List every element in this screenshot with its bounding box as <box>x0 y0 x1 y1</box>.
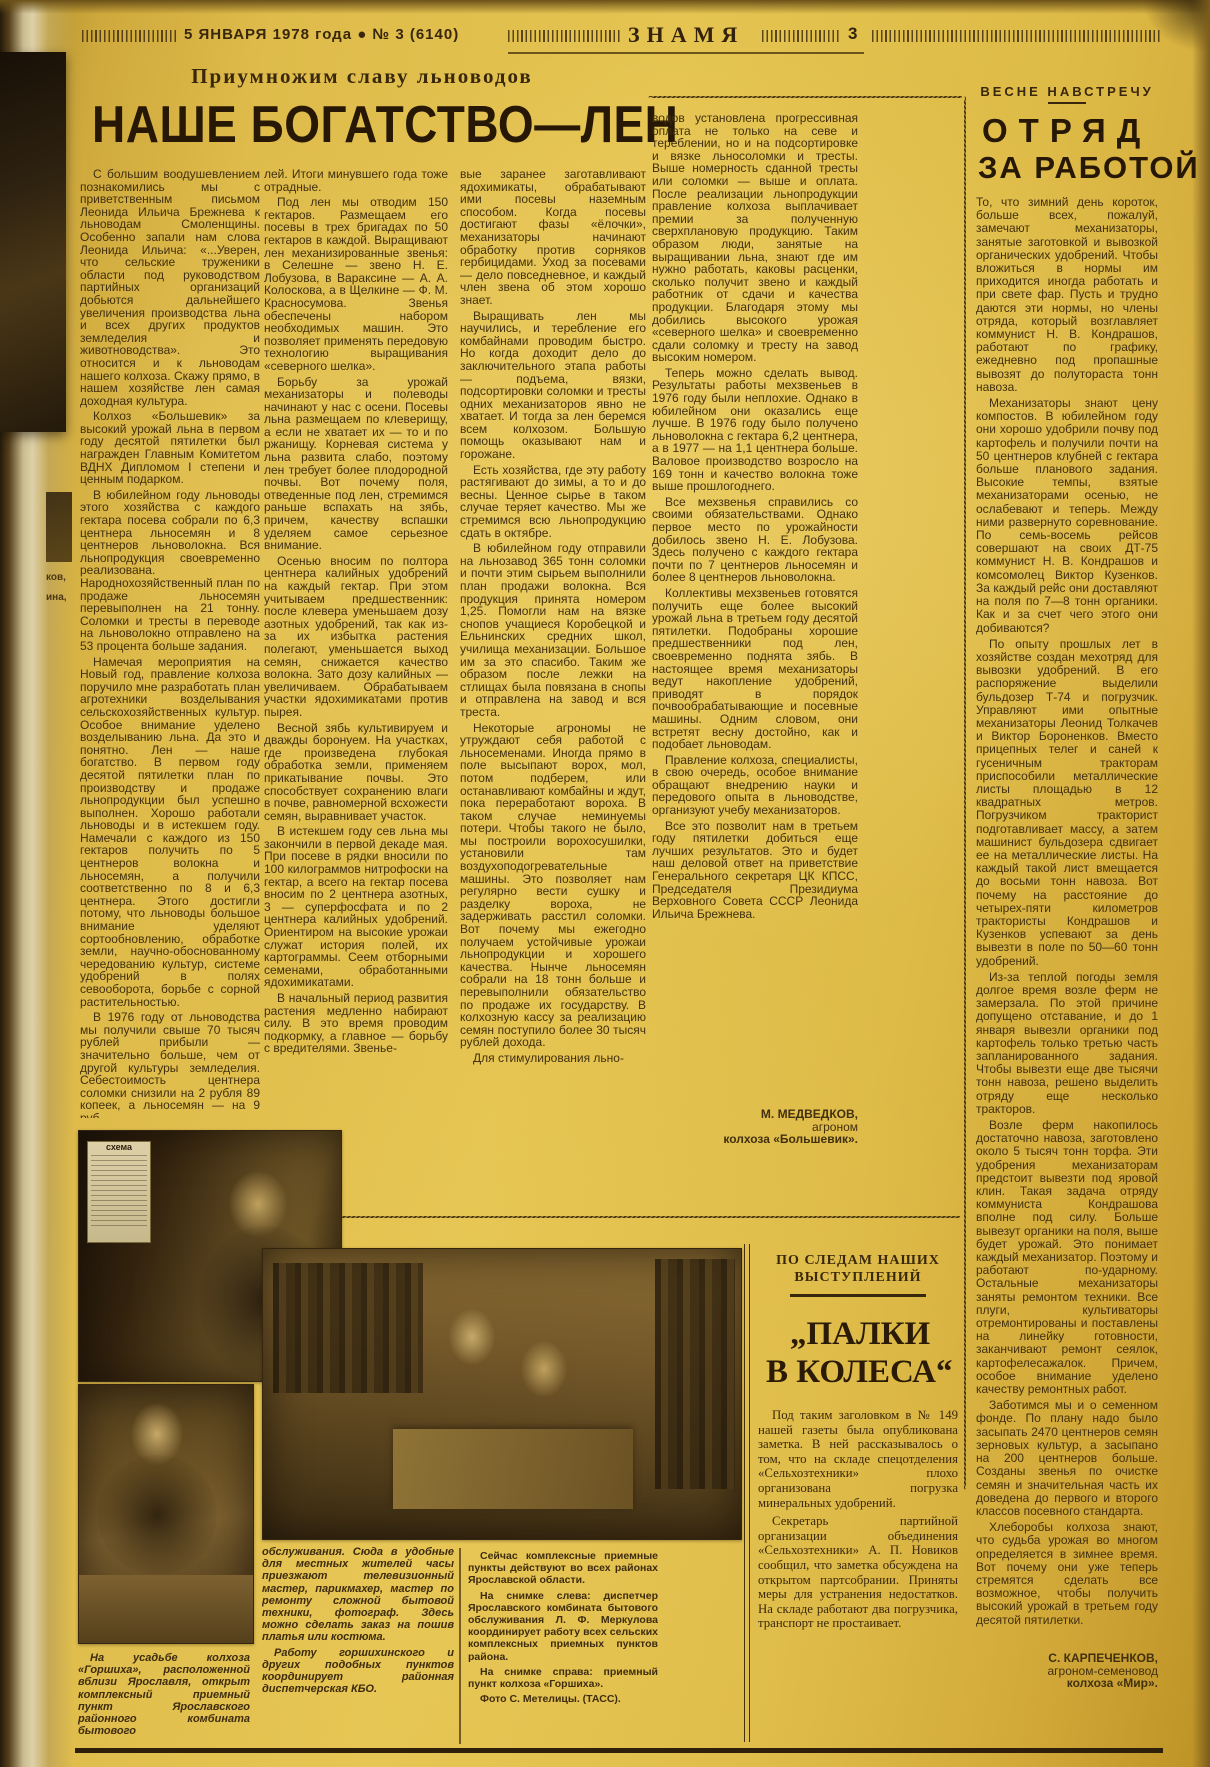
masthead-underline <box>508 52 864 54</box>
caption-middle: обслуживания. Сюда в удобные для местных… <box>262 1546 454 1746</box>
photo-figure-body <box>97 1455 217 1575</box>
edge-text-fragment: ина, <box>46 592 76 603</box>
follow-up-headline-line1: „ПАЛКИ <box>790 1316 930 1353</box>
bottom-rule <box>75 1748 1163 1753</box>
right-article-headline-line2: ЗА РАБОТОЙ <box>978 150 1200 186</box>
article-headline: НАШЕ БОГАТСТВО—ЛЕН <box>92 94 678 154</box>
article-signature: М. МЕДВЕДКОВ,агрономколхоза «Большевик». <box>652 1108 858 1146</box>
follow-up-body: Под таким заголовком в № 149 нашей газет… <box>758 1408 958 1744</box>
newspaper-title: ЗНАМЯ <box>628 22 744 48</box>
masthead-ornament-rule <box>508 30 620 42</box>
schema-poster-label: схема <box>106 1142 132 1152</box>
poster-text-lines <box>91 1155 147 1227</box>
right-article-headline-line1: ОТРЯД <box>982 112 1151 150</box>
photo-figure-face <box>521 1341 567 1397</box>
photo-service-point-interior <box>262 1248 742 1540</box>
caption-right: Сейчас комплексные приемные пункты дейст… <box>468 1550 658 1756</box>
article-column-1: С большим воодушевлением познакомились м… <box>80 168 260 1118</box>
wavy-border-vertical: ~~~~~~~~~~~~~~~~~~~~~~~~~~~~~~~~~~~~~~~~… <box>956 96 970 1767</box>
article-column-2: лей. Итоги минувшего года тоже отрадные.… <box>264 168 448 1216</box>
photo-dispatcher-with-phone <box>78 1384 254 1644</box>
caption-divider-rule <box>459 1548 461 1744</box>
page-edge-top <box>0 0 1210 14</box>
right-article-kicker: ВЕСНЕ НАВСТРЕЧУ <box>976 84 1158 99</box>
follow-up-left-rule <box>744 1244 750 1742</box>
page-number: 3 <box>848 24 857 44</box>
follow-up-kicker-rule <box>790 1294 926 1297</box>
schema-poster: схема <box>87 1141 151 1243</box>
edge-text-fragment: ков, <box>46 572 76 583</box>
adjacent-page-text-fragment <box>46 492 72 562</box>
photo-desk <box>79 1575 253 1643</box>
right-article-body: То, что зимний день короток, больше всех… <box>976 196 1158 1644</box>
article-column-3: вые заранее заготавливают ядохимикаты, о… <box>460 168 646 1216</box>
photo-figure-face <box>449 1309 495 1365</box>
newspaper-page: ков, ина, 5 ЯНВАРЯ 1978 года ● № 3 (6140… <box>0 0 1210 1767</box>
article-column-4: водов установлена прогрессивная оплата н… <box>652 112 858 1102</box>
masthead-ornament-rule <box>82 30 176 42</box>
masthead-ornament-rule <box>762 30 840 42</box>
follow-up-headline-line2: В КОЛЕСА“ <box>766 1354 953 1391</box>
photo-table <box>393 1429 633 1509</box>
page-edge-right <box>1192 0 1210 1767</box>
adjacent-page-photo-fragment <box>0 52 66 432</box>
right-article-signature: С. КАРПЕЧЕНКОВ,агроном-семеноводколхоза … <box>976 1652 1158 1690</box>
photo-clothes-racks <box>655 1259 735 1489</box>
masthead-date-issue: 5 ЯНВАРЯ 1978 года ● № 3 (6140) <box>184 26 459 43</box>
right-article-kicker-rule <box>1048 102 1086 104</box>
masthead-ornament-rule <box>872 30 1162 42</box>
photo-clothes-racks <box>273 1263 423 1393</box>
wavy-border-top: ~~~~~~~~~~~~~~~~~~~~~~~~~~~~~~~~~~~~~~~~… <box>648 92 962 104</box>
article-kicker: Приумножим славу льноводов <box>82 64 642 89</box>
follow-up-kicker: ПО СЛЕДАМ НАШИХ ВЫСТУПЛЕНИЙ <box>758 1252 958 1286</box>
